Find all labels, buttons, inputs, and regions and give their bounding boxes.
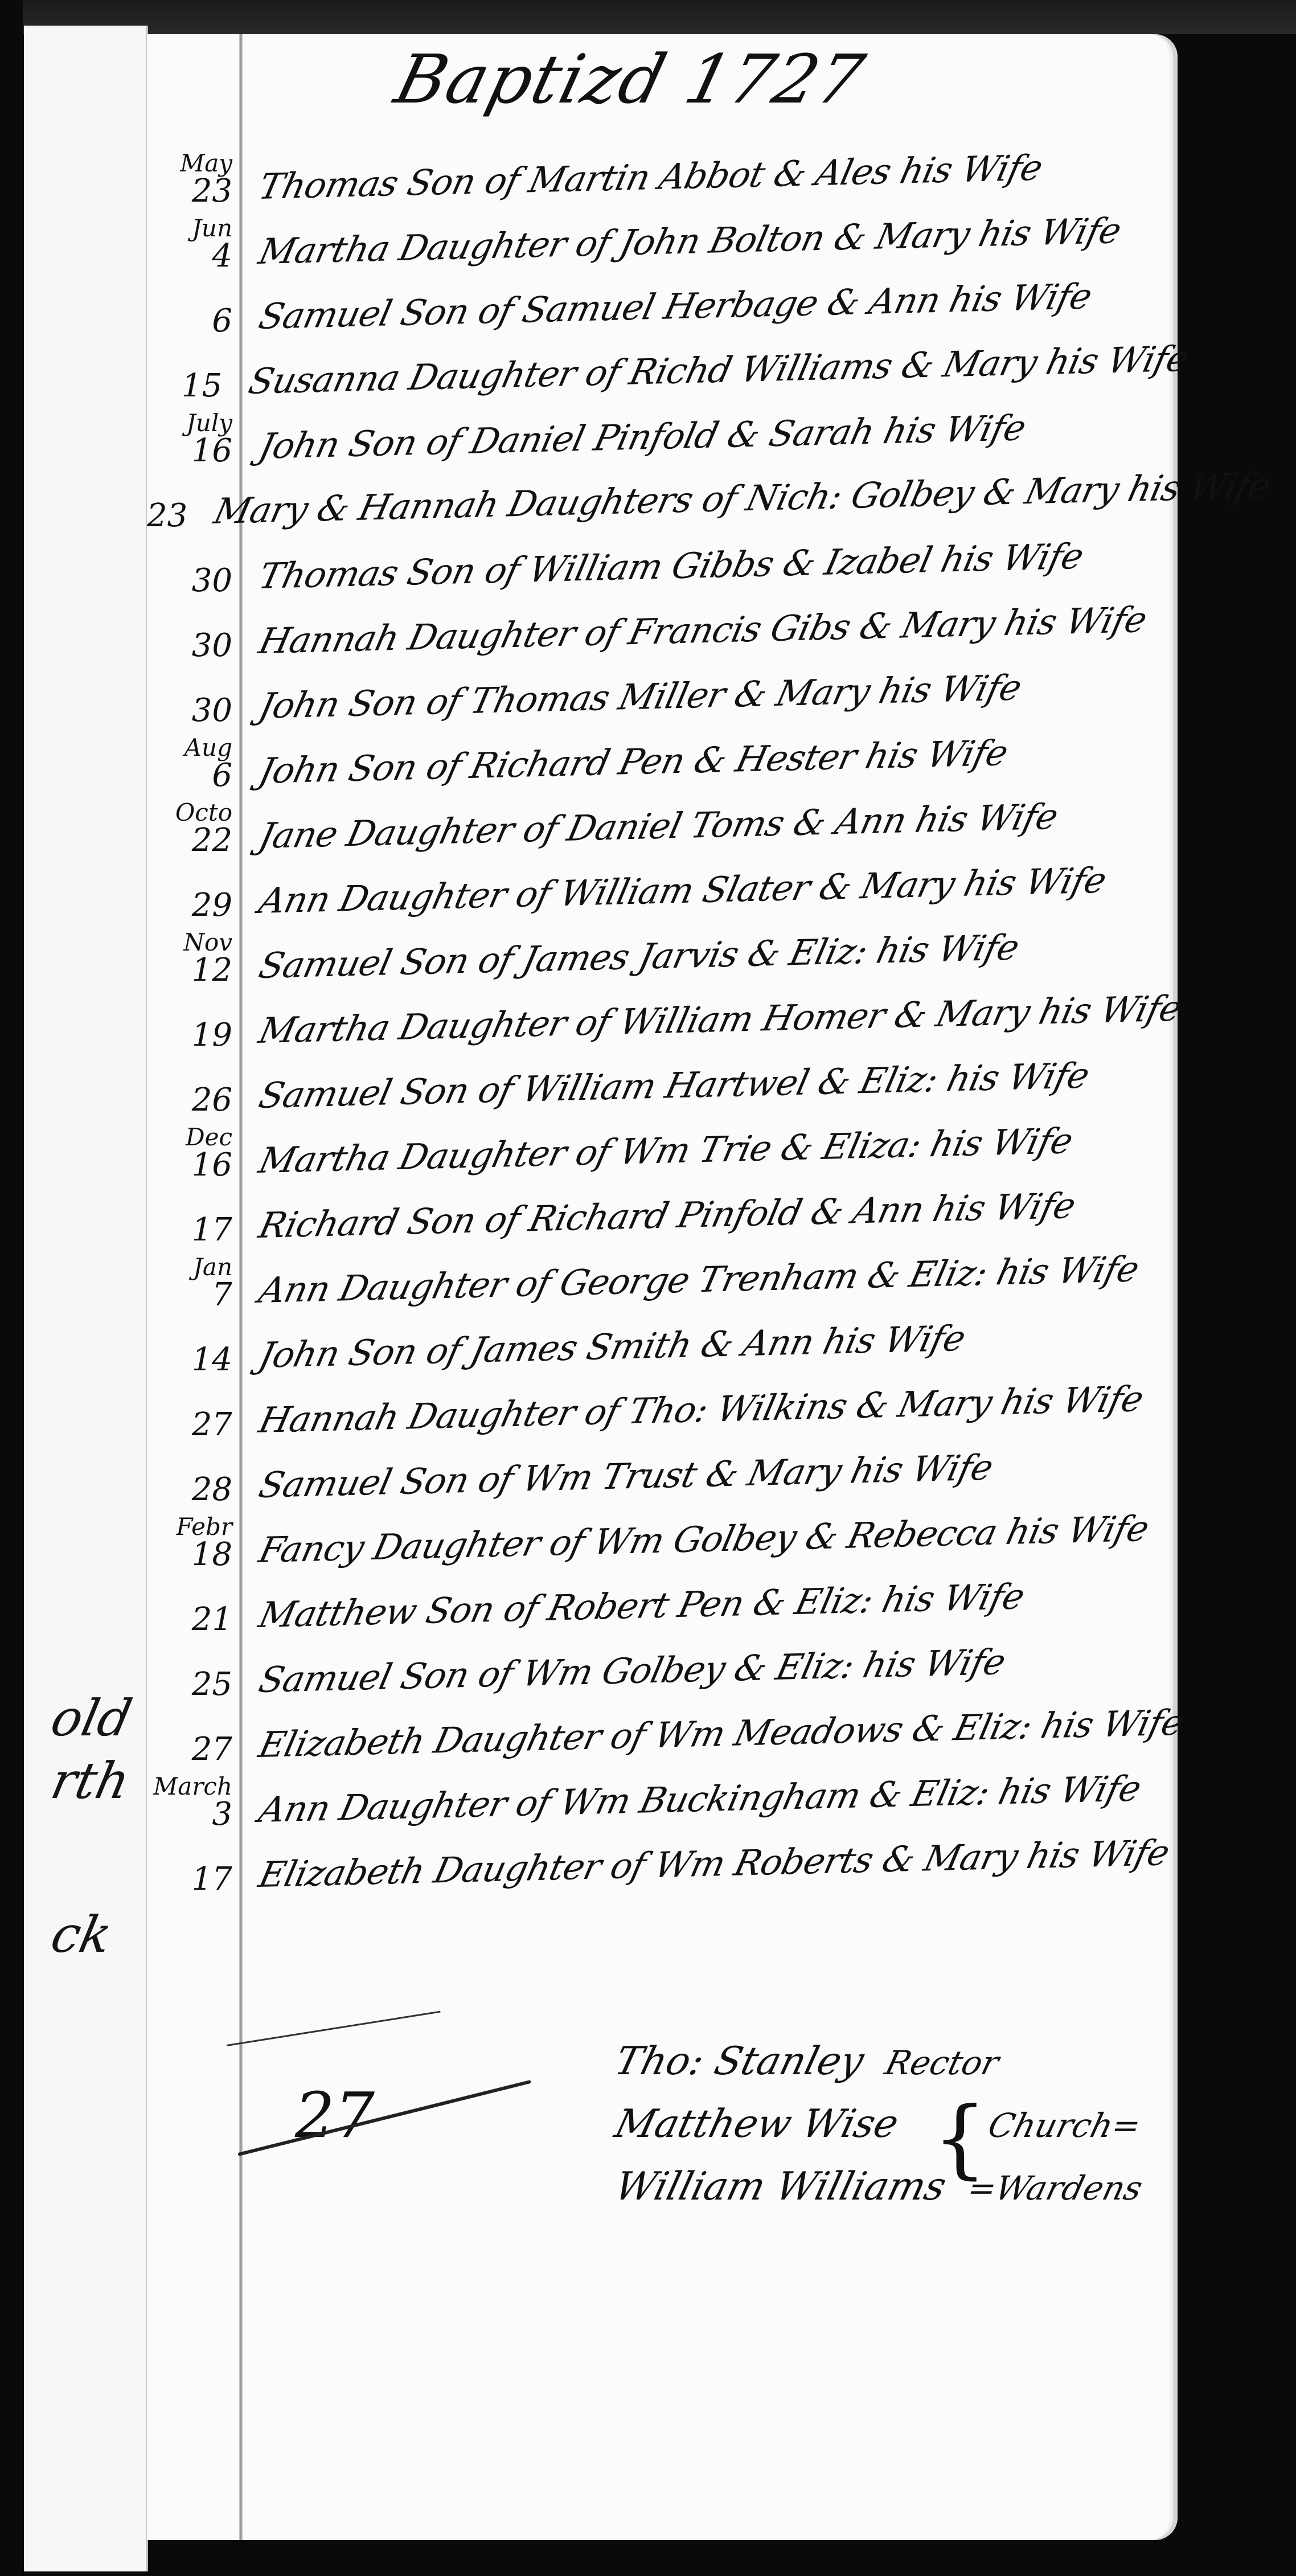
- entry-date: 25: [147, 1669, 243, 1701]
- entry-text: Samuel Son of Wm Trust & Mary his Wife: [255, 1447, 996, 1506]
- entry-date: 23: [147, 500, 198, 532]
- entry-date: 29: [147, 890, 243, 922]
- entry-date: July 16: [147, 411, 243, 467]
- baptism-entry: 30 Hannah Daughter of Francis Gibs & Mar…: [147, 597, 1178, 662]
- baptism-entry: 25 Samuel Son of Wm Golbey & Eliz: his W…: [147, 1636, 1178, 1701]
- entry-text: Martha Daughter of William Homer & Mary …: [255, 988, 1185, 1051]
- signature-rector: Tho: Stanley Rector: [606, 2039, 1179, 2102]
- entry-day: 27: [192, 1734, 232, 1766]
- entry-day: 7: [212, 1279, 232, 1311]
- entry-day: 23: [147, 500, 187, 532]
- signature-warden: Matthew Wise Church=: [606, 2102, 1179, 2164]
- entry-date: 19: [147, 1019, 243, 1051]
- entry-date: 15: [147, 370, 232, 402]
- entry-text: Thomas Son of William Gibbs & Izabel his…: [255, 535, 1087, 597]
- entry-date: 17: [147, 1864, 243, 1895]
- register-page: Baptizd 1727 May 23 Thomas Son of Martin…: [147, 34, 1178, 2540]
- entry-text: Samuel Son of William Hartwel & Eliz: hi…: [255, 1055, 1093, 1116]
- entry-text: Mary & Hannah Daughters of Nich: Golbey …: [210, 465, 1274, 532]
- baptism-entry: 21 Matthew Son of Robert Pen & Eliz: his…: [147, 1571, 1178, 1636]
- baptism-entry: 27 Elizabeth Daughter of Wm Meadows & El…: [147, 1701, 1178, 1766]
- entry-text: Susanna Daughter of Richd Williams & Mar…: [245, 338, 1192, 402]
- entry-day: 16: [192, 1149, 232, 1181]
- baptism-entry: Aug 6 John Son of Richard Pen & Hester h…: [147, 727, 1178, 792]
- entry-date: Nov 12: [147, 931, 243, 986]
- rector-role: Rector: [881, 2043, 1003, 2082]
- entry-date: 27: [147, 1734, 243, 1766]
- entry-day: 30: [192, 565, 232, 597]
- entry-month: March: [153, 1775, 232, 1799]
- entry-day: 12: [192, 955, 232, 986]
- entry-date: 30: [147, 695, 243, 727]
- signatures-block: Tho: Stanley Rector Matthew Wise Church=…: [614, 2039, 1172, 2227]
- warden-name: Matthew Wise: [610, 2102, 903, 2147]
- entry-date: 17: [147, 1214, 243, 1246]
- baptism-entry: 26 Samuel Son of William Hartwel & Eliz:…: [147, 1051, 1178, 1116]
- entry-month: Nov: [183, 931, 232, 955]
- entry-text: Thomas Son of Martin Abbot & Ales his Wi…: [255, 147, 1046, 207]
- baptism-entry: 17 Richard Son of Richard Pinfold & Ann …: [147, 1181, 1178, 1246]
- baptism-entry: 27 Hannah Daughter of Tho: Wilkins & Mar…: [147, 1376, 1178, 1441]
- baptism-entry: 23 Mary & Hannah Daughters of Nich: Golb…: [147, 467, 1178, 532]
- baptism-entry: Nov 12 Samuel Son of James Jarvis & Eliz…: [147, 922, 1178, 986]
- entry-month: Octo: [175, 801, 232, 825]
- entry-text: Richard Son of Richard Pinfold & Ann his…: [255, 1185, 1079, 1246]
- baptism-entries: May 23 Thomas Son of Martin Abbot & Ales…: [147, 142, 1178, 1895]
- entry-day: 22: [192, 825, 232, 857]
- entry-day: 21: [192, 1604, 232, 1636]
- entry-text: Hannah Daughter of Francis Gibs & Mary h…: [255, 599, 1150, 662]
- facing-page-left: old rth ck: [24, 26, 148, 2571]
- entry-text: Martha Daughter of Wm Trie & Eliza: his …: [255, 1120, 1076, 1181]
- entry-date: Jun 4: [147, 216, 243, 272]
- entry-date: Jan 7: [147, 1255, 243, 1311]
- entry-date: 14: [147, 1344, 243, 1376]
- entry-text: John Son of James Smith & Ann his Wife: [255, 1317, 969, 1376]
- baptism-entry: Jun 4 Martha Daughter of John Bolton & M…: [147, 207, 1178, 272]
- entry-date: 30: [147, 630, 243, 662]
- entry-day: 29: [192, 890, 232, 922]
- entry-day: 6: [212, 305, 232, 337]
- baptism-entry: 15 Susanna Daughter of Richd Williams & …: [147, 337, 1178, 402]
- entry-day: 4: [212, 240, 232, 272]
- baptism-entry: Octo 22 Jane Daughter of Daniel Toms & A…: [147, 792, 1178, 857]
- entry-day: 25: [192, 1669, 232, 1701]
- entry-date: 21: [147, 1604, 243, 1636]
- entry-day: 16: [192, 435, 232, 467]
- baptism-entry: Jan 7 Ann Daughter of George Trenham & E…: [147, 1246, 1178, 1311]
- entry-day: 26: [192, 1084, 232, 1116]
- entry-text: Ann Daughter of Wm Buckingham & Eliz: hi…: [255, 1767, 1145, 1830]
- baptism-entry: 30 John Son of Thomas Miller & Mary his …: [147, 662, 1178, 727]
- entry-date: May 23: [147, 151, 243, 207]
- entry-day: 3: [212, 1799, 232, 1830]
- entry-count: 27: [295, 2079, 375, 2152]
- warden-role: Church=: [985, 2106, 1145, 2145]
- baptism-entry: March 3 Ann Daughter of Wm Buckingham & …: [147, 1766, 1178, 1830]
- entry-text: Elizabeth Daughter of Wm Roberts & Mary …: [255, 1832, 1173, 1895]
- rector-name: Tho: Stanley: [610, 2039, 868, 2084]
- baptism-entry: 14 John Son of James Smith & Ann his Wif…: [147, 1311, 1178, 1376]
- entry-text: Hannah Daughter of Tho: Wilkins & Mary h…: [255, 1378, 1147, 1441]
- divider-line: [227, 2011, 441, 2046]
- baptism-entry: Febr 18 Fancy Daughter of Wm Golbey & Re…: [147, 1506, 1178, 1571]
- entry-date: Dec 16: [147, 1125, 243, 1181]
- entry-date: 28: [147, 1474, 243, 1506]
- entry-text: Matthew Son of Robert Pen & Eliz: his Wi…: [255, 1575, 1028, 1636]
- entry-text: Samuel Son of Wm Golbey & Eliz: his Wife: [255, 1641, 1009, 1701]
- entry-date: March 3: [147, 1775, 243, 1830]
- scanner-background-top: [23, 0, 1296, 34]
- entry-date: Febr 18: [147, 1515, 243, 1571]
- entry-day: 18: [192, 1539, 232, 1571]
- entry-month: Febr: [176, 1515, 232, 1539]
- warden-role: =Wardens: [963, 2169, 1146, 2208]
- entry-text: Elizabeth Daughter of Wm Meadows & Eliz:…: [255, 1702, 1187, 1766]
- baptism-entry: May 23 Thomas Son of Martin Abbot & Ales…: [147, 142, 1178, 207]
- entry-date: 6: [147, 305, 243, 337]
- entry-text: Samuel Son of James Jarvis & Eliz: his W…: [255, 927, 1023, 986]
- entry-month: Dec: [186, 1125, 232, 1149]
- entry-text: John Son of Daniel Pinfold & Sarah his W…: [255, 407, 1030, 467]
- entry-text: Ann Daughter of William Slater & Mary hi…: [255, 859, 1110, 922]
- entry-day: 17: [192, 1214, 232, 1246]
- baptism-entry: 17 Elizabeth Daughter of Wm Roberts & Ma…: [147, 1830, 1178, 1895]
- baptism-entry: 19 Martha Daughter of William Homer & Ma…: [147, 986, 1178, 1051]
- left-page-fragment: rth: [46, 1751, 135, 1810]
- left-page-fragment: ck: [46, 1905, 117, 1964]
- entry-month: Aug: [184, 736, 232, 760]
- entry-day: 30: [192, 630, 232, 662]
- entry-day: 23: [192, 175, 232, 207]
- entry-month: Jan: [193, 1255, 232, 1279]
- brace-icon: {: [933, 2096, 987, 2181]
- warden-name: William Williams: [610, 2164, 951, 2209]
- entry-month: May: [180, 151, 232, 175]
- divider-flourish: [237, 2080, 531, 2156]
- entry-text: Jane Daughter of Daniel Toms & Ann his W…: [255, 796, 1061, 857]
- entry-day: 27: [192, 1409, 232, 1441]
- entry-text: John Son of Richard Pen & Hester his Wif…: [255, 732, 1011, 792]
- baptism-entry: 29 Ann Daughter of William Slater & Mary…: [147, 857, 1178, 922]
- entry-day: 14: [192, 1344, 232, 1376]
- baptism-entry: 30 Thomas Son of William Gibbs & Izabel …: [147, 532, 1178, 597]
- entry-day: 19: [192, 1019, 232, 1051]
- entry-day: 28: [192, 1474, 232, 1506]
- entry-text: Samuel Son of Samuel Herbage & Ann his W…: [255, 276, 1096, 337]
- baptism-entry: Dec 16 Martha Daughter of Wm Trie & Eliz…: [147, 1116, 1178, 1181]
- entry-day: 17: [192, 1864, 232, 1895]
- entry-text: Ann Daughter of George Trenham & Eliz: h…: [255, 1248, 1143, 1311]
- entry-text: Fancy Daughter of Wm Golbey & Rebecca hi…: [255, 1508, 1153, 1571]
- entry-month: July: [186, 411, 232, 435]
- signature-warden: William Williams =Wardens: [606, 2164, 1179, 2227]
- entry-date: 30: [147, 565, 243, 597]
- entry-date: 27: [147, 1409, 243, 1441]
- entry-date: Octo 22: [147, 801, 243, 857]
- entry-day: 15: [182, 370, 222, 402]
- baptism-entry: July 16 John Son of Daniel Pinfold & Sar…: [147, 402, 1178, 467]
- page-title: Baptizd 1727: [388, 40, 873, 118]
- left-page-fragment: old: [46, 1689, 137, 1747]
- entry-month: Jun: [192, 216, 232, 240]
- entry-text: Martha Daughter of John Bolton & Mary hi…: [255, 210, 1125, 272]
- entry-date: Aug 6: [147, 736, 243, 792]
- entry-day: 6: [212, 760, 232, 792]
- entry-date: 26: [147, 1084, 243, 1116]
- baptism-entry: 6 Samuel Son of Samuel Herbage & Ann his…: [147, 272, 1178, 337]
- entry-day: 30: [192, 695, 232, 727]
- entry-text: John Son of Thomas Miller & Mary his Wif…: [255, 667, 1025, 727]
- baptism-entry: 28 Samuel Son of Wm Trust & Mary his Wif…: [147, 1441, 1178, 1506]
